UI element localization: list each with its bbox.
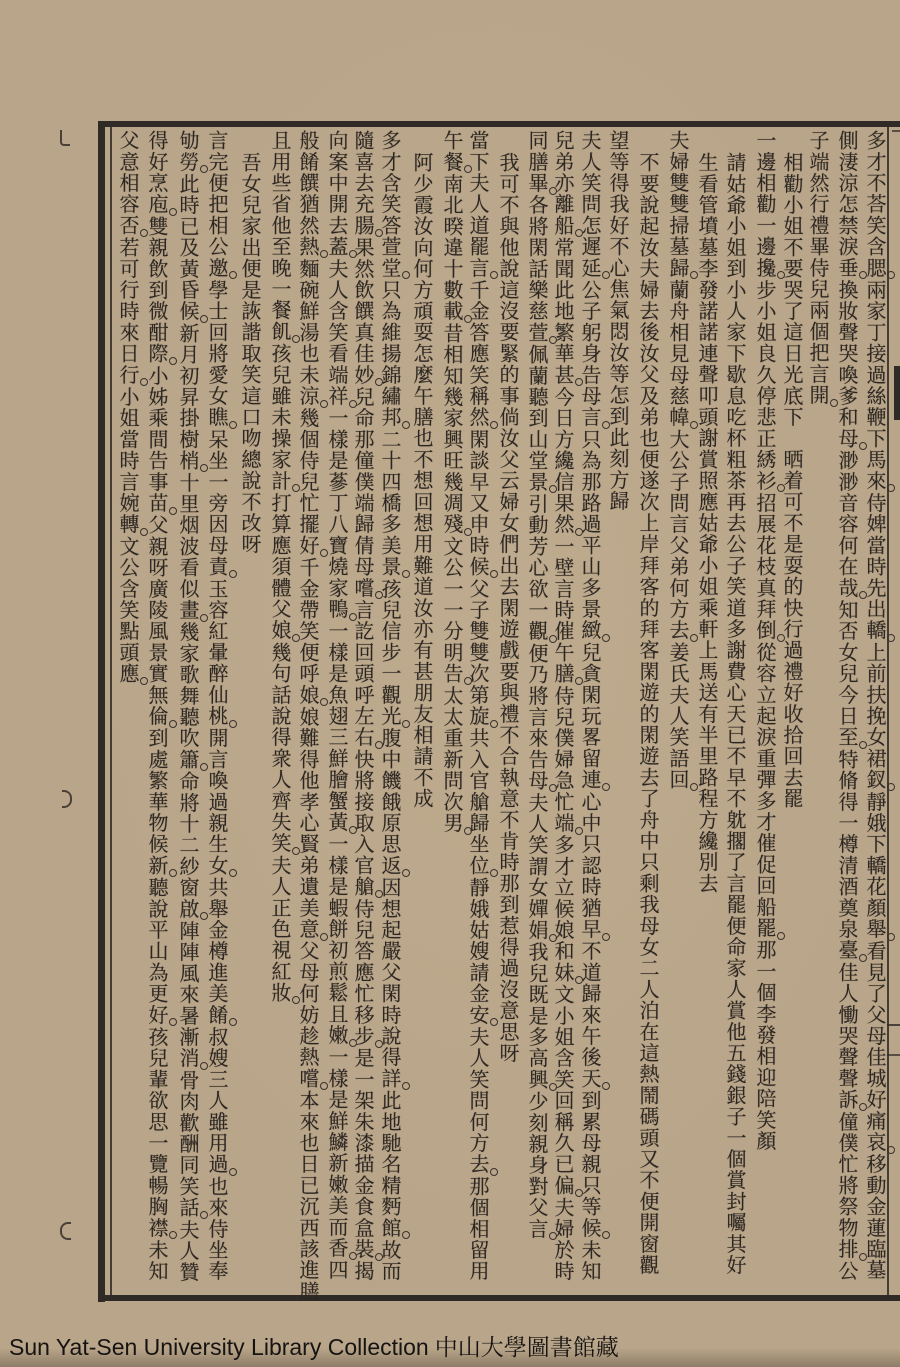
punctuation-circle-icon: 。 [490, 720, 498, 728]
punctuation-circle-icon: 。 [575, 976, 583, 984]
text-column: 夫人笑問怎遲延。公子躬身告母言。只為那路過平山多景緻。兒貪閑玩畧留連。心中只認時… [579, 130, 601, 1300]
punctuation-circle-icon: 。 [690, 634, 698, 642]
punctuation-circle-icon: 。 [320, 933, 328, 941]
punctuation-circle-icon: 。 [375, 229, 383, 237]
binding-mark-icon [60, 130, 70, 146]
frame-top-border [98, 121, 900, 127]
punctuation-circle-icon: 。 [490, 570, 498, 578]
punctuation-circle-icon: 。 [490, 869, 498, 877]
punctuation-circle-icon: 。 [464, 528, 472, 536]
fold-fishtail-mark [894, 366, 900, 420]
punctuation-circle-icon: 。 [402, 271, 410, 279]
text-column: 父意相容否。若可行時來日行。小姐當時言婉轉。文公含笑點頭應。 [117, 130, 139, 1300]
punctuation-circle-icon: 。 [349, 400, 357, 408]
punctuation-circle-icon: 。 [575, 378, 583, 386]
punctuation-circle-icon: 。 [140, 378, 148, 386]
punctuation-circle-icon: 。 [464, 827, 472, 835]
punctuation-circle-icon: 。 [292, 335, 300, 343]
text-column: 我可不與他說這沒要緊的事倘汝父云婦女們出去閑遊戲要與禮不合執意不肯時那到惹得過沒… [497, 152, 519, 1322]
punctuation-circle-icon: 。 [169, 208, 177, 216]
text-column: 子端然行禮畢侍兒兩個把言開。 [807, 130, 829, 1300]
punctuation-circle-icon: 。 [200, 165, 208, 173]
text-column: 請姑爺小姐到小人家下歇息吃杯粗茶再去公子笑道多謝費心天已不早不躭擱了言罷便命家人… [724, 152, 746, 1322]
punctuation-circle-icon: 。 [292, 996, 300, 1004]
punctuation-circle-icon: 。 [229, 869, 237, 877]
text-column: 吾女兒家出便是詼諧取笑這口吻總說不改呀 [239, 152, 261, 1322]
punctuation-circle-icon: 。 [402, 421, 410, 429]
punctuation-circle-icon: 。 [375, 890, 383, 898]
punctuation-circle-icon: 。 [140, 528, 148, 536]
punctuation-circle-icon: 。 [200, 315, 208, 323]
punctuation-circle-icon: 。 [690, 783, 698, 791]
punctuation-circle-icon: 。 [830, 399, 838, 407]
punctuation-circle-icon: 。 [292, 847, 300, 855]
punctuation-circle-icon: 。 [200, 1211, 208, 1219]
punctuation-circle-icon: 。 [229, 1168, 237, 1176]
punctuation-circle-icon: 。 [777, 932, 785, 940]
punctuation-circle-icon: 。 [200, 763, 208, 771]
text-column: 午餐。南北暌違十數載。昔相知幾家興旺幾凋殘。文公一一分明告。太太重新問次男。 [441, 130, 463, 1300]
book-page: 多才不荅笑含腮。兩家丁接過絲鞭下馬來。侍婢當時先出轎。上前扶挽女裙釵。靜娥下轎花… [0, 0, 900, 1367]
fold-lower-line [887, 1054, 900, 1056]
punctuation-circle-icon: 。 [549, 187, 557, 195]
punctuation-circle-icon: 。 [490, 271, 498, 279]
text-column: 阿少霞汝向何方頑耍怎麼午膳也不想回想用難道汝亦有甚朋友相請不成 [411, 152, 433, 1322]
punctuation-circle-icon: 。 [200, 614, 208, 622]
frame-left-border [98, 121, 105, 1302]
punctuation-circle-icon: 。 [602, 271, 610, 279]
punctuation-circle-icon: 。 [349, 1252, 357, 1260]
punctuation-circle-icon: 。 [402, 1231, 410, 1239]
punctuation-circle-icon: 。 [169, 357, 177, 365]
punctuation-circle-icon: 。 [169, 1018, 177, 1026]
text-column: 且用些省他至晚一餐飢。孩兒雖未操家計。打算應須體父娘。幾句話說得衆人齊失笑。夫人… [269, 130, 291, 1300]
punctuation-circle-icon: 。 [320, 400, 328, 408]
text-column: 一邊相勸一邊攙。步小姐良久停悲正綉衫。招展花枝真拜倒。從容立起淚重彈多才催促回船… [754, 130, 776, 1300]
text-column: 言完便把相公邀。學士回將愛女瞧。呆坐一旁因母責。玉容紅暈醉仙桃。開言喚過親生女。… [206, 130, 228, 1300]
frame-right-line [887, 127, 889, 1295]
punctuation-circle-icon: 。 [575, 827, 583, 835]
watermark-label-en: Sun Yat-Sen University Library Collectio… [9, 1334, 429, 1360]
text-column: 不要說起汝夫婦去後汝父及弟也便遂次上岸拜客的拜客閑遊的閑遊去了舟中只剩我母女二人… [637, 152, 659, 1322]
punctuation-circle-icon: 。 [402, 720, 410, 728]
text-column: 生看管墳墓李發諾諾連聲叩頭謝賞照應姑爺小姐乘軒上馬送有半里路程方纔別去 [696, 152, 718, 1322]
punctuation-circle-icon: 。 [200, 1062, 208, 1070]
punctuation-circle-icon: 。 [229, 421, 237, 429]
punctuation-circle-icon: 。 [490, 1018, 498, 1026]
punctuation-circle-icon: 。 [349, 250, 357, 258]
punctuation-circle-icon: 。 [887, 933, 895, 941]
text-column: 隨喜去充腸。果然飲饌真佳妙。兒命那僮僕端歸倩母嚐。言訖回頭呼左右。快將接取入官艙… [352, 130, 374, 1300]
punctuation-circle-icon: 。 [859, 741, 867, 749]
punctuation-circle-icon: 。 [320, 698, 328, 706]
punctuation-circle-icon: 。 [229, 720, 237, 728]
text-column: 向案中開去蓋。夫人含笑看端祥。一樣是蔘丁八寶燒家鴨。一樣是魚翅三鮮膾蟹黃。一樣是… [326, 130, 348, 1300]
punctuation-circle-icon: 。 [887, 271, 895, 279]
punctuation-circle-icon: 。 [887, 1146, 895, 1154]
punctuation-circle-icon: 。 [402, 869, 410, 877]
punctuation-circle-icon: 。 [375, 1040, 383, 1048]
punctuation-circle-icon: 。 [169, 869, 177, 877]
punctuation-circle-icon: 。 [859, 1253, 867, 1261]
punctuation-circle-icon: 。 [602, 634, 610, 642]
punctuation-circle-icon: 。 [859, 1103, 867, 1111]
punctuation-circle-icon: 。 [887, 783, 895, 791]
punctuation-circle-icon: 。 [464, 165, 472, 173]
text-column: 般餚饌猶然熱。麵碗鮮湯也未涼。幾個侍兒忙擺好。千金帶笑便呼娘。娘難得他孝心賢弟遺… [297, 130, 319, 1300]
punctuation-circle-icon: 。 [602, 421, 610, 429]
punctuation-circle-icon: 。 [229, 1018, 237, 1026]
punctuation-circle-icon: 。 [777, 634, 785, 642]
punctuation-circle-icon: 。 [690, 421, 698, 429]
punctuation-circle-icon: 。 [859, 442, 867, 450]
punctuation-circle-icon: 。 [549, 336, 557, 344]
punctuation-circle-icon: 。 [349, 826, 357, 834]
text-column: 當下夫人道罷言。千金答應笑稱然。閑談早又申時候。父子雙雙次第旋。共入官艙歸坐位。… [467, 130, 489, 1300]
punctuation-circle-icon: 。 [402, 570, 410, 578]
punctuation-circle-icon: 。 [349, 613, 357, 621]
punctuation-circle-icon: 。 [200, 912, 208, 920]
punctuation-circle-icon: 。 [464, 677, 472, 685]
punctuation-circle-icon: 。 [375, 1253, 383, 1261]
punctuation-circle-icon: 。 [169, 720, 177, 728]
punctuation-circle-icon: 。 [859, 954, 867, 962]
punctuation-circle-icon: 。 [575, 229, 583, 237]
text-column: 夫婦雙雙掃墓歸。蘭舟相見母慈幃。大公子問言父弟何方去。姜氏夫人笑語回。 [667, 130, 689, 1300]
punctuation-circle-icon: 。 [549, 635, 557, 643]
punctuation-circle-icon: 。 [690, 271, 698, 279]
punctuation-circle-icon: 。 [575, 677, 583, 685]
fold-top-mark [892, 130, 900, 132]
punctuation-circle-icon: 。 [169, 507, 177, 515]
fold-chapter-mark [887, 1024, 900, 1026]
text-column: 側淒涼怎禁淚垂。換妝聲哭喚爹和母。渺渺音容何在哉。知否女兒今日至。特脩得一樽清酒… [836, 130, 858, 1300]
punctuation-circle-icon: 。 [575, 1189, 583, 1197]
punctuation-circle-icon: 。 [549, 1083, 557, 1091]
punctuation-circle-icon: 。 [375, 378, 383, 386]
punctuation-circle-icon: 。 [292, 634, 300, 642]
punctuation-circle-icon: 。 [549, 485, 557, 493]
text-column: 劬勞。此時已及黃昏候。新月初昇掛樹梢。十里烟波看似畫。幾家歌舞聽吹簫。命將十二紗… [177, 130, 199, 1300]
punctuation-circle-icon: 。 [575, 528, 583, 536]
punctuation-circle-icon: 。 [602, 933, 610, 941]
punctuation-circle-icon: 。 [859, 591, 867, 599]
text-column: 相勸小姐不要哭了這日光底下 晒着可不是耍的快行過禮好收拾回去罷 [781, 152, 803, 1322]
punctuation-circle-icon: 。 [777, 484, 785, 492]
punctuation-circle-icon: 。 [549, 1232, 557, 1240]
binding-mark-icon [60, 1222, 71, 1240]
text-column: 兒弟亦離船。常聞此地繁華甚。今日方纔信果然。一壁言時催午膳。侍兒僕婦急忙端。多才… [552, 130, 574, 1300]
text-column: 得好烹庖。雙親飲到微酣際。小姊乘間告事苗。父親呀廣陵風景實無倫。到處繁華物候新。… [146, 130, 168, 1300]
punctuation-circle-icon: 。 [859, 271, 867, 279]
punctuation-circle-icon: 。 [602, 783, 610, 791]
punctuation-circle-icon: 。 [490, 1168, 498, 1176]
text-column: 多才不荅笑含腮。兩家丁接過絲鞭下馬來。侍婢當時先出轎。上前扶挽女裙釵。靜娥下轎花… [864, 130, 886, 1300]
punctuation-circle-icon: 。 [887, 484, 895, 492]
punctuation-circle-icon: 。 [777, 271, 785, 279]
punctuation-circle-icon: 。 [490, 421, 498, 429]
text-column: 望等得我好不心焦氣悶汝等怎到此刻方歸 [607, 130, 629, 1300]
punctuation-circle-icon: 。 [464, 315, 472, 323]
punctuation-circle-icon: 。 [140, 677, 148, 685]
punctuation-circle-icon: 。 [200, 464, 208, 472]
punctuation-circle-icon: 。 [375, 741, 383, 749]
punctuation-circle-icon: 。 [229, 271, 237, 279]
binding-mark-icon [62, 790, 72, 808]
punctuation-circle-icon: 。 [402, 1082, 410, 1090]
punctuation-circle-icon: 。 [549, 784, 557, 792]
punctuation-circle-icon: 。 [320, 250, 328, 258]
punctuation-circle-icon: 。 [602, 1231, 610, 1239]
text-column: 多才含笑答萱堂。只為維揚錦繡邦。二十四橋多美景。孩兒信步一觀光。腹中饑餓原思返。… [379, 130, 401, 1300]
library-watermark: Sun Yat-Sen University Library Collectio… [9, 1333, 619, 1362]
punctuation-circle-icon: 。 [229, 570, 237, 578]
punctuation-circle-icon: 。 [549, 934, 557, 942]
punctuation-circle-icon: 。 [887, 634, 895, 642]
punctuation-circle-icon: 。 [602, 1082, 610, 1090]
punctuation-circle-icon: 。 [169, 1231, 177, 1239]
punctuation-circle-icon: 。 [320, 549, 328, 557]
text-column: 同膳畢。各將閑話樂慈萱。佩蘭聽到山堂景。引動芳心欲一觀。便乃將言來告母。夫人笑謂… [526, 130, 548, 1300]
punctuation-circle-icon: 。 [140, 229, 148, 237]
punctuation-circle-icon: 。 [292, 484, 300, 492]
punctuation-circle-icon: 。 [375, 591, 383, 599]
watermark-label-zh: 中山大學圖書館藏 [435, 1335, 619, 1361]
frame-left-inner-line [110, 127, 112, 1295]
punctuation-circle-icon: 。 [349, 1039, 357, 1047]
punctuation-circle-icon: 。 [320, 1082, 328, 1090]
